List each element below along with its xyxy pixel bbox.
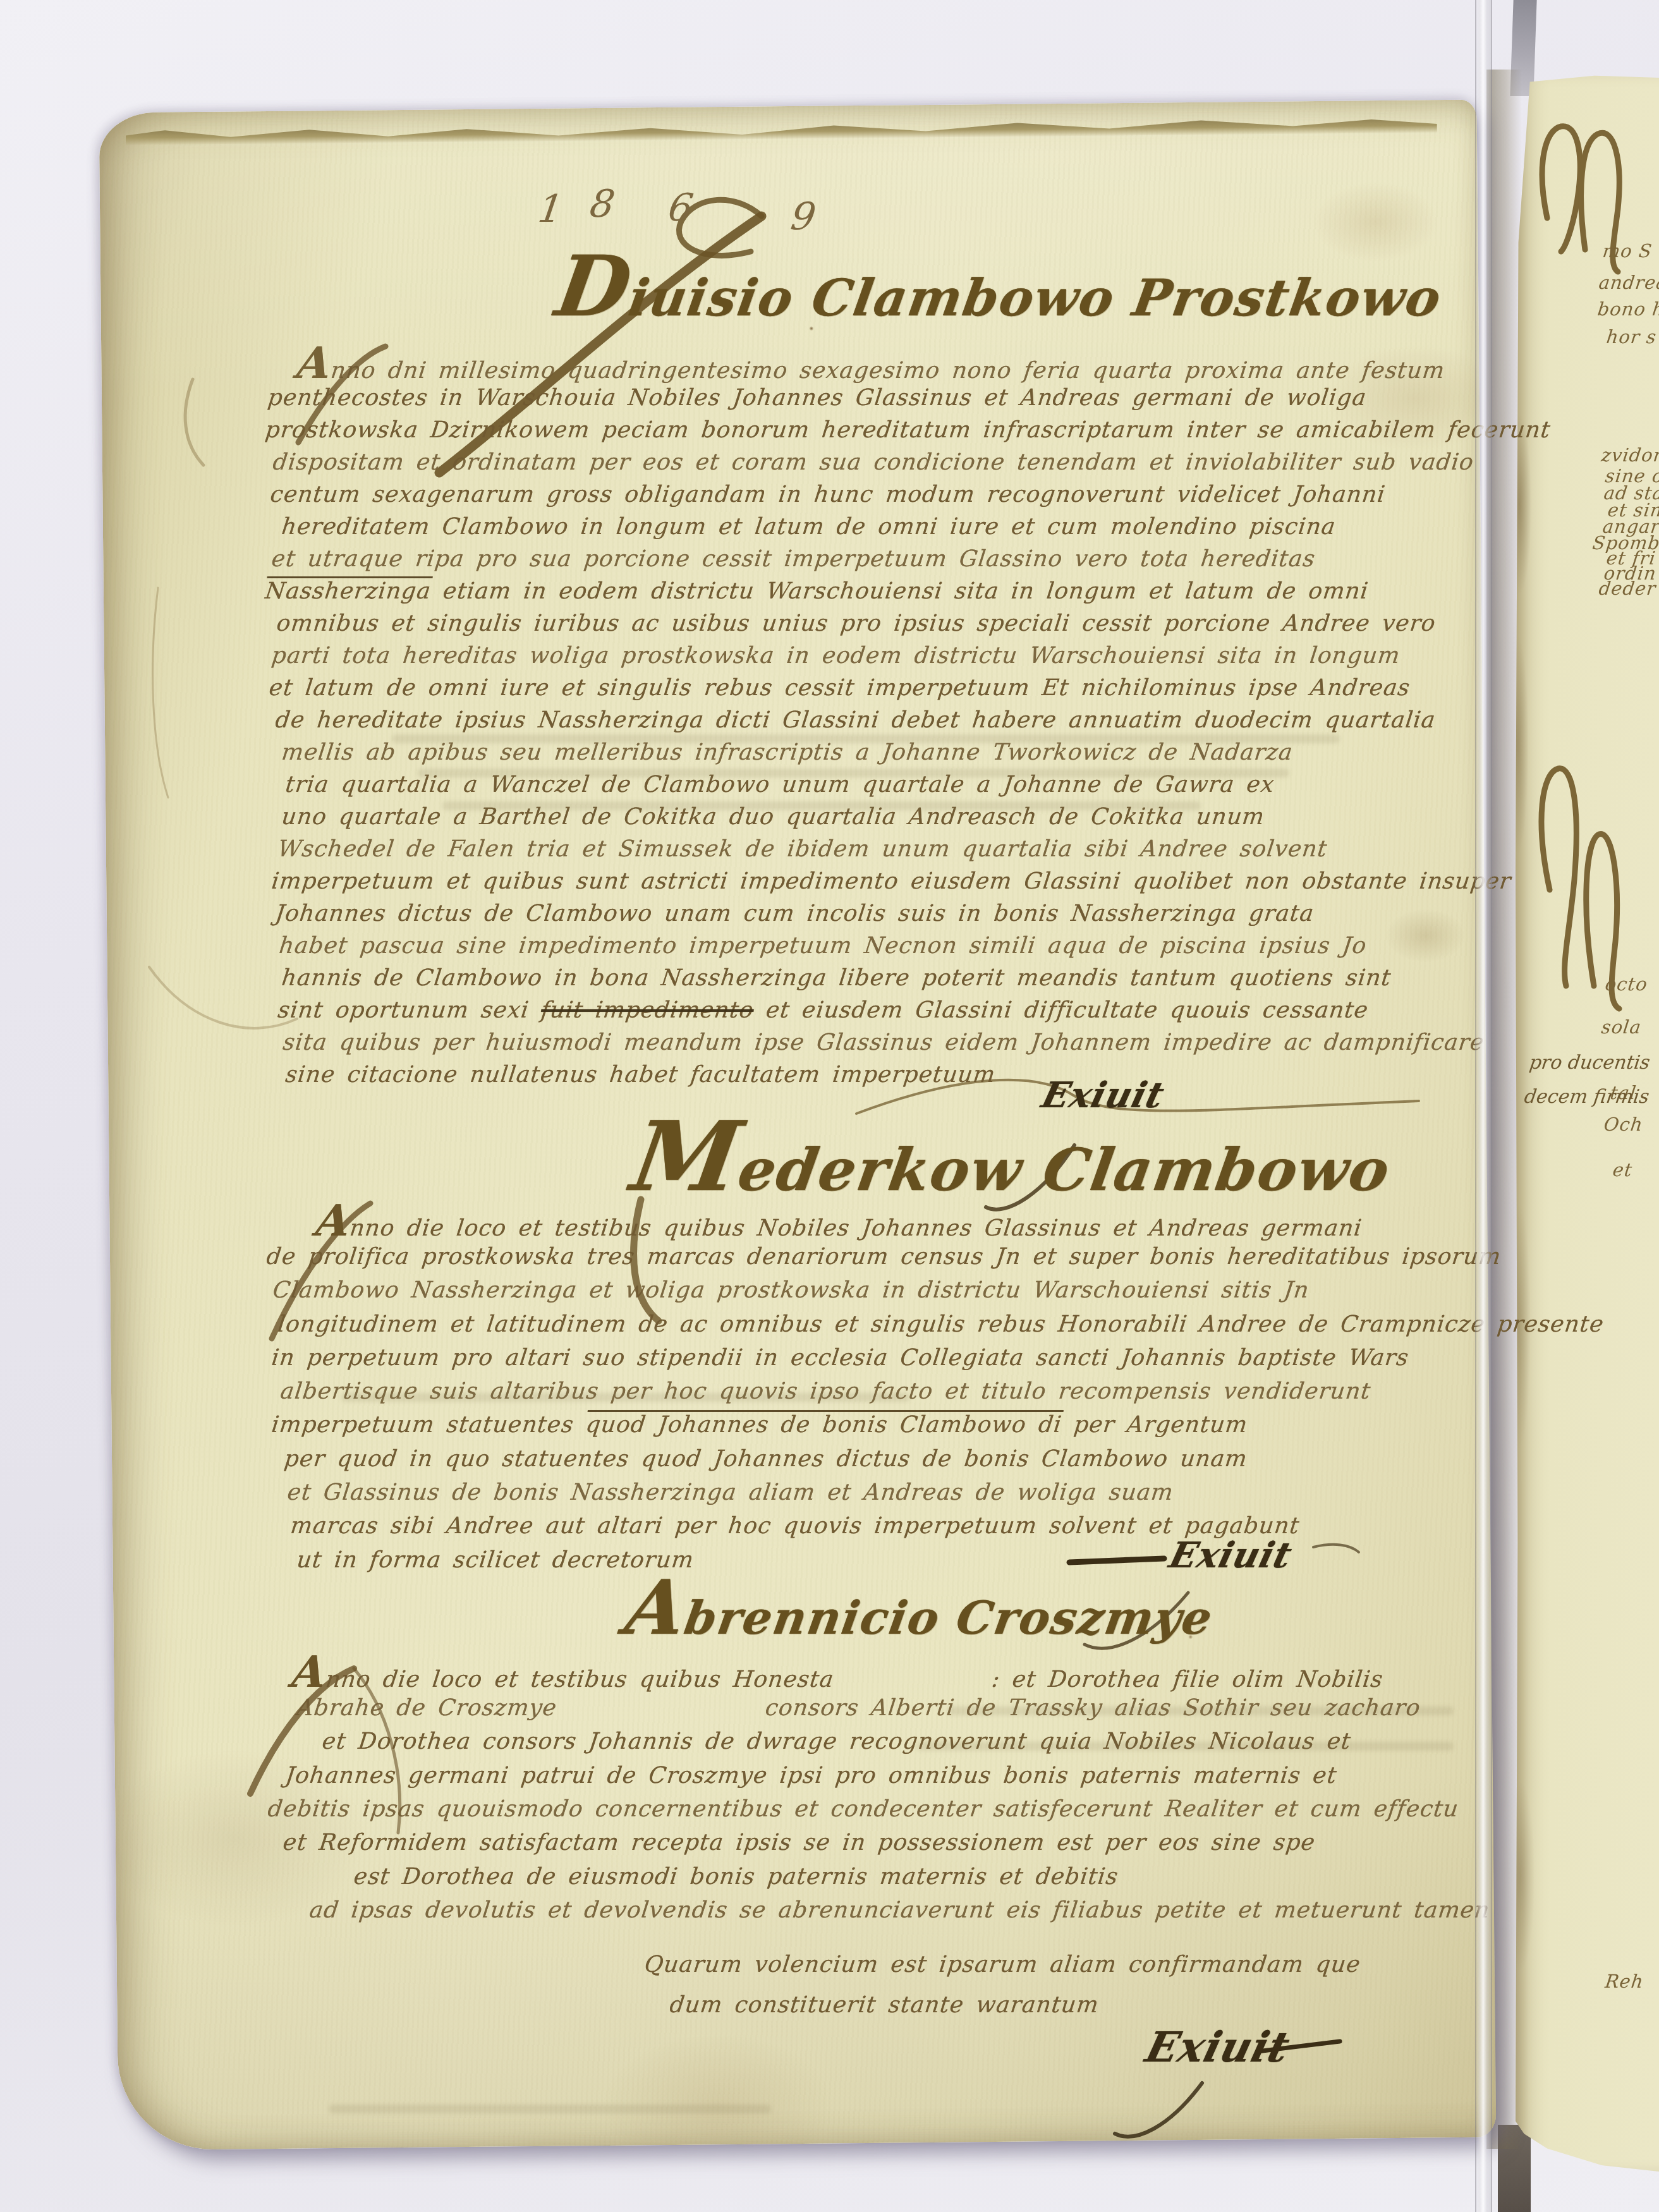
glass-strip <box>1475 0 1492 2212</box>
page-top-edge <box>126 116 1437 145</box>
facing-page <box>1516 75 1659 2172</box>
scanned-spread: 1869Diuisio Clambowo ProstkowoAnno dni m… <box>0 0 1659 2212</box>
manuscript-page <box>99 100 1497 2151</box>
